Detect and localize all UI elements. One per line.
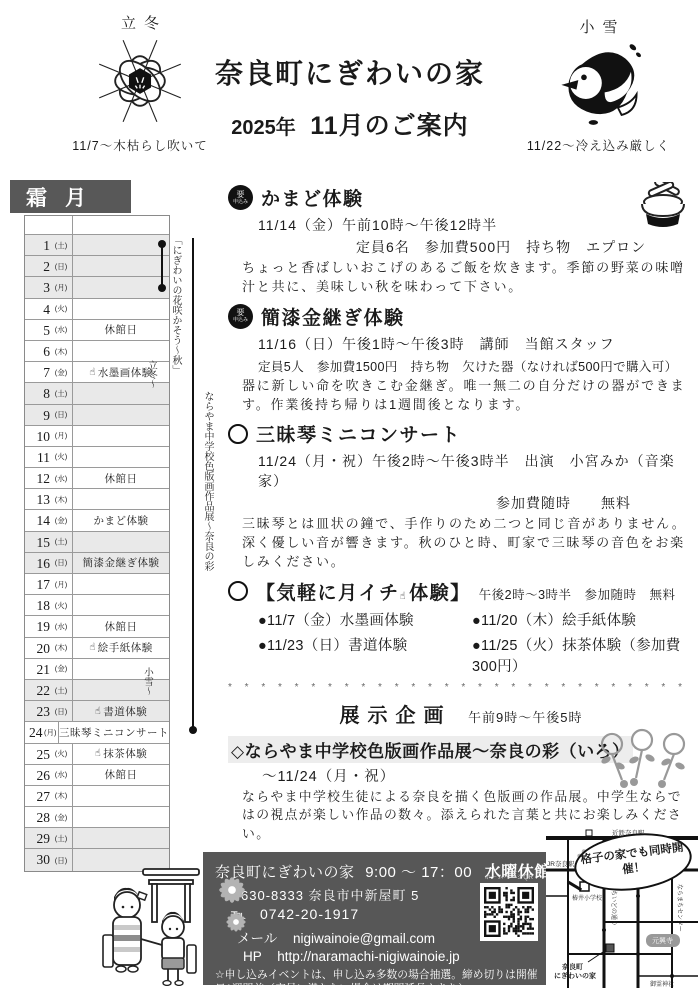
calendar-day-row: 15(土) [25, 532, 169, 553]
day-event [73, 828, 169, 848]
exhibit-title: ◇ならやま中学校色版画作品展～奈良の彩（いろ） [228, 736, 633, 763]
exhibition-header: 展示企画 午前9時～午後5時 [228, 699, 694, 728]
map-label-gangoji: 元興寺 [652, 936, 673, 945]
day-weekday: (日) [50, 701, 73, 721]
flyer-page: 立冬 11/7～木枯ら [0, 0, 700, 990]
hp-label: HP [243, 949, 262, 964]
calendar-day-row: 23(日)☝書道体験 [25, 701, 169, 722]
day-event: かまど体験 [73, 510, 169, 530]
season-right-caption: 11/22～冷え込み厳しく [511, 136, 686, 154]
calendar-day-row: 28(金) [25, 807, 169, 828]
day-weekday: (木) [50, 638, 73, 658]
section-kintsugi: 要申込み 簡漆金継ぎ体験 11/16（日）午後1時～午後3時 講師 当館スタッフ… [228, 303, 694, 415]
calendar-day-row: 17(月) [25, 574, 169, 595]
day-number: 4 [25, 299, 50, 319]
map-label-naramachi-center: ならまちセンター [676, 884, 684, 932]
annotation-dot [189, 726, 197, 734]
footer-contact-box: 奈良町にぎわいの家 9:00 ～ 17：00 水曜休館 〒630-8333 奈良… [203, 852, 546, 985]
section-title: 簡漆金継ぎ体験 [261, 303, 405, 330]
application-note: ☆申し込みイベントは、申し込み多数の場合抽選。締め切りは開催日1週間前（定員に満… [215, 968, 538, 990]
day-weekday: (金) [50, 807, 73, 827]
exhibition-heading: 展示企画 [340, 705, 452, 727]
calendar-day-row: 3(月) [25, 277, 169, 298]
event-datetime: 11/16（日）午後1時～午後3時 講師 当館スタッフ [258, 334, 694, 354]
day-number: 21 [25, 659, 50, 679]
calendar-annotation-hanasaki: 「にぎわいの花咲かそう～秋」 [168, 235, 183, 555]
day-event [73, 405, 169, 425]
day-event [73, 299, 169, 319]
day-weekday: (日) [50, 553, 73, 573]
day-number: 20 [25, 638, 50, 658]
section-concert: 三昧琴ミニコンサート 11/24（月・祝）午後2時～午後3時半 出演 小宮みか（… [228, 420, 694, 572]
day-number: 25 [25, 744, 50, 764]
season-left-name: 立冬 [55, 12, 225, 33]
day-number: 13 [25, 489, 50, 509]
day-event: 三昧琴ミニコンサート [59, 722, 169, 742]
day-event: 休館日 [73, 320, 169, 340]
day-weekday: (金) [50, 510, 73, 530]
calendar-table: 1(土)2(日)3(月)4(火)5(水)休館日6(木)7(金)☝水墨画体験8(土… [24, 215, 170, 872]
calendar-day-row: 20(木)☝絵手紙体験 [25, 638, 169, 659]
annotation-dot [158, 284, 166, 292]
events-column: 要申込み かまど体験 11/14（金）午前10時～午後12時半 定員6名 参加費… [228, 184, 694, 949]
phone-number: 0742-20-1917 [260, 906, 359, 922]
day-weekday: (日) [50, 405, 73, 425]
open-circle-badge [228, 424, 248, 444]
day-number: 17 [25, 574, 50, 594]
event-description: 三昧琴とは皿状の鐘で、手作りのため二つと同じ音がありません。深く優しい音が響きま… [242, 515, 694, 572]
day-event: 休館日 [73, 765, 169, 785]
bird-icon [552, 37, 646, 129]
day-number: 11 [25, 447, 50, 467]
open-circle-badge [228, 581, 248, 601]
day-number: 1 [25, 235, 50, 255]
calendar-day-row: 14(金)かまど体験 [25, 510, 169, 531]
finger-icon: ☝ [89, 367, 96, 378]
day-number: 26 [25, 765, 50, 785]
homepage-line: HP http://naramachi-nigiwainoie.jp [243, 949, 538, 964]
calendar-day-row: 29(土) [25, 828, 169, 849]
day-number: 30 [25, 849, 50, 870]
event-details: 参加費随時 無料 [496, 493, 694, 513]
day-event [73, 574, 169, 594]
season-right-block: 小雪 11/22～冷え込み厳しく [511, 16, 686, 154]
day-event: 休館日 [73, 468, 169, 488]
day-number: 5 [25, 320, 50, 340]
day-number: 16 [25, 553, 50, 573]
day-event [73, 807, 169, 827]
annotation-line [161, 244, 163, 288]
day-number: 9 [25, 405, 50, 425]
monthly-experience-list: ●11/7（金）水墨画体験 ●11/20（木）絵手紙体験 ●11/23（日）書道… [258, 609, 694, 676]
event-datetime: 11/14（金）午前10時～午後12時半 [258, 215, 694, 235]
day-event [73, 235, 169, 255]
map-label-goryo: 御霊神社 [650, 980, 674, 988]
subtitle-year: 2025年 [231, 117, 296, 139]
map-label-nigiwai-1: 奈良町 [562, 962, 583, 971]
day-weekday: (金) [50, 362, 73, 382]
map-label-jr: JR奈良駅 [547, 859, 575, 868]
monthly-item: ●11/20（木）絵手紙体験 [472, 609, 694, 630]
calendar-day-row: 16(日)簡漆金継ぎ体験 [25, 553, 169, 574]
homepage-url[interactable]: http://naramachi-nigiwainoie.jp [277, 949, 459, 964]
day-weekday: (月) [43, 722, 59, 742]
section-title: 【気軽に月イチ☝体験】午後2時～3時半 参加随時 無料 [256, 578, 676, 605]
day-weekday: (水) [50, 765, 73, 785]
day-number: 3 [25, 277, 50, 297]
event-datetime: 11/24（月・祝）午後2時～午後3時半 出演 小宮みか（音楽家） [258, 451, 694, 491]
event-details: 定員5人 参加費1500円 持ち物 欠けた器（なければ500円で購入可） [258, 356, 694, 375]
children-torii-illustration [85, 853, 210, 986]
event-details: 定員6名 参加費500円 持ち物 エプロン [356, 237, 694, 257]
day-event [73, 680, 169, 700]
monthly-item: ●11/7（金）水墨画体験 [258, 609, 472, 630]
day-weekday: (月) [50, 426, 73, 446]
day-weekday: (土) [50, 680, 73, 700]
day-number: 15 [25, 532, 50, 552]
calendar-day-row: 11(火) [25, 447, 169, 468]
day-number: 12 [25, 468, 50, 488]
day-number: 18 [25, 595, 50, 615]
day-number: 23 [25, 701, 50, 721]
day-event: 簡漆金継ぎ体験 [73, 553, 169, 573]
day-event [73, 595, 169, 615]
day-event [73, 341, 169, 361]
month-name-badge: 霜月 [10, 180, 131, 213]
calendar-annotation-hanga: ならやま中学校色版画作品展～奈良の彩 [200, 391, 215, 791]
qr-block: ホームページQR [478, 872, 540, 941]
day-number: 6 [25, 341, 50, 361]
day-number: 22 [25, 680, 50, 700]
opening-hours: 9:00 ～ 17：00 [365, 864, 472, 881]
day-weekday: (水) [50, 616, 73, 636]
calendar-day-row: 24(月)三昧琴ミニコンサート [25, 722, 169, 743]
calendar-day-row: 12(水)休館日 [25, 468, 169, 489]
finger-icon: ☝ [400, 591, 408, 602]
day-weekday: (土) [50, 383, 73, 403]
calendar-day-row: 25(火)☝抹茶体験 [25, 744, 169, 765]
day-weekday: (水) [50, 320, 73, 340]
day-weekday: (火) [50, 744, 73, 764]
day-number: 27 [25, 786, 50, 806]
day-weekday: (木) [50, 341, 73, 361]
day-number: 10 [25, 426, 50, 446]
day-weekday: (木) [50, 786, 73, 806]
camellia-flower-icon [94, 33, 186, 129]
finger-icon: ☝ [95, 748, 102, 759]
day-event [73, 659, 169, 679]
calendar-day-row: 19(水)休館日 [25, 616, 169, 637]
day-event [73, 532, 169, 552]
day-weekday: (月) [50, 574, 73, 594]
section-kamado: 要申込み かまど体験 11/14（金）午前10時～午後12時半 定員6名 参加費… [228, 184, 694, 297]
chrysanthemum-icon [216, 874, 248, 906]
calendar-note-shosetsu: 小雪～ [140, 667, 154, 696]
day-event [73, 256, 169, 276]
asterisk-divider: * * * * * * * * * * * * * * * * * * * * … [228, 682, 694, 693]
day-number: 7 [25, 362, 50, 382]
monthly-item: ●11/23（日）書道体験 [258, 634, 472, 676]
section-title: かまど体験 [261, 184, 364, 211]
qr-label: ホームページQR [478, 872, 540, 881]
map-label-tsubai: 椿井小学校 [572, 894, 603, 902]
section-monthly: 【気軽に月イチ☝体験】午後2時～3時半 参加随時 無料 ●11/7（金）水墨画体… [228, 578, 694, 676]
day-weekday: (火) [50, 595, 73, 615]
day-weekday: (火) [50, 299, 73, 319]
monthly-item: ●11/25（火）抹茶体験（参加費300円） [472, 634, 694, 676]
chrysanthemum-icon [224, 910, 248, 934]
flyer-subtitle: 2025年 11月のご案内 [195, 106, 505, 142]
qr-code [480, 883, 538, 941]
calendar-header-row [25, 216, 169, 235]
exhibition-hours: 午前9時～午後5時 [468, 710, 582, 725]
day-number: 28 [25, 807, 50, 827]
subtitle-month: 11月のご案内 [310, 112, 468, 140]
flyer-header: 奈良町にぎわいの家 2025年 11月のご案内 [195, 52, 505, 142]
day-event [73, 447, 169, 467]
calendar-day-row: 4(火) [25, 299, 169, 320]
calendar-day-row: 13(木) [25, 489, 169, 510]
day-weekday: (土) [50, 235, 73, 255]
calendar-day-row: 26(水)休館日 [25, 765, 169, 786]
day-weekday: (月) [50, 277, 73, 297]
section-title-hours: 午後2時～3時半 参加随時 無料 [479, 588, 676, 602]
calendar-day-row: 2(日) [25, 256, 169, 277]
day-weekday: (土) [50, 828, 73, 848]
reservation-required-badge: 要申込み [228, 185, 253, 210]
day-weekday: (水) [50, 468, 73, 488]
day-event: 休館日 [73, 616, 169, 636]
calendar-day-row: 6(木) [25, 341, 169, 362]
qr-code-image [484, 887, 534, 937]
day-weekday: (日) [50, 849, 73, 870]
annotation-line [192, 238, 194, 730]
day-event: ☝抹茶体験 [73, 744, 169, 764]
day-weekday: (木) [50, 489, 73, 509]
map-label-nigiwai-2: にぎわいの家 [554, 971, 596, 980]
day-event [73, 489, 169, 509]
flower-people-illustration [594, 728, 690, 800]
calendar-day-row: 18(火) [25, 595, 169, 616]
day-event: ☝書道体験 [73, 701, 169, 721]
event-description: ちょっと香ばしいおこげのあるご飯を炊きます。季節の野菜の味噌汁と共に、美味しい秋… [242, 259, 694, 297]
flyer-title: 奈良町にぎわいの家 [195, 52, 505, 92]
calendar: 霜月 1(土)2(日)3(月)4(火)5(水)休館日6(木)7(金)☝水墨画体験… [8, 178, 226, 878]
season-right-name: 小雪 [511, 16, 686, 37]
calendar-note-ritto: 立冬～ [144, 360, 158, 389]
day-number: 14 [25, 510, 50, 530]
day-event [73, 277, 169, 297]
day-number: 19 [25, 616, 50, 636]
day-number: 24 [25, 722, 43, 742]
calendar-day-row: 27(木) [25, 786, 169, 807]
day-weekday: (土) [50, 532, 73, 552]
day-weekday: (日) [50, 256, 73, 276]
email-address[interactable]: nigiwainoie@gmail.com [293, 931, 435, 946]
event-description: 器に新しい命を吹きこむ金継ぎ。唯一無二の自分だけの器ができます。作業後持ち帰りは… [242, 377, 694, 415]
rice-pot-icon [634, 182, 692, 230]
finger-icon: ☝ [95, 706, 102, 717]
day-number: 8 [25, 383, 50, 403]
reservation-required-badge: 要申込み [228, 304, 253, 329]
day-event: ☝絵手紙体験 [73, 638, 169, 658]
finger-icon: ☝ [89, 642, 96, 653]
section-title: 三昧琴ミニコンサート [256, 420, 461, 447]
calendar-day-row: 9(日) [25, 405, 169, 426]
day-number: 2 [25, 256, 50, 276]
day-weekday: (火) [50, 447, 73, 467]
calendar-rows: 1(土)2(日)3(月)4(火)5(水)休館日6(木)7(金)☝水墨画体験8(土… [25, 235, 169, 871]
day-event [73, 426, 169, 446]
day-number: 29 [25, 828, 50, 848]
day-event [73, 786, 169, 806]
calendar-day-row: 1(土) [25, 235, 169, 256]
calendar-day-row: 10(月) [25, 426, 169, 447]
calendar-day-row: 5(水)休館日 [25, 320, 169, 341]
day-weekday: (金) [50, 659, 73, 679]
